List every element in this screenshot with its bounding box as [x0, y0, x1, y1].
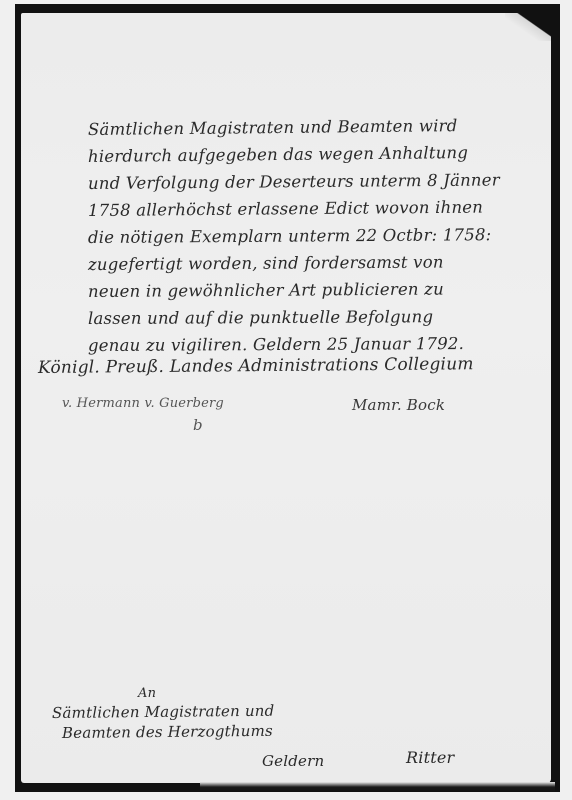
body-line-2: hierdurch aufgegeben das wegen Anhaltung [88, 143, 468, 166]
body-line-6: zugefertigt worden, sind fordersamst von [88, 253, 444, 274]
body-line-8: lassen und auf die punktuelle Befolgung [88, 307, 433, 328]
torn-corner [505, 13, 551, 41]
bottom-edge-shadow [200, 782, 555, 792]
address-line-2: Beamten des Herzogthums [62, 722, 273, 742]
signature-left: v. Hermann v. Guerberg [62, 396, 224, 411]
signature-left-mark: b [193, 416, 203, 434]
document-scan: Sämtlichen Magistraten und Beamten wird … [0, 0, 572, 800]
body-line-3: und Verfolgung der Deserteurs unterm 8 J… [88, 170, 500, 193]
address-line-1: Sämtlichen Magistraten und [52, 702, 275, 722]
address-place: Geldern [262, 752, 324, 770]
body-line-5: die nötigen Exemplarn unterm 22 Octbr: 1… [88, 225, 492, 247]
body-line-1: Sämtlichen Magistraten und Beamten wird [88, 116, 458, 139]
signature-right: Mamr. Bock [352, 396, 445, 414]
address-prefix: An [138, 686, 156, 701]
issuer-line: Königl. Preuß. Landes Administrations Co… [38, 354, 474, 378]
body-line-9: genau zu vigiliren. Geldern 25 Januar 17… [88, 334, 464, 355]
body-line-4: 1758 allerhöchst erlassene Edict wovon i… [88, 198, 483, 220]
address-countersign: Ritter [406, 748, 454, 767]
body-line-7: neuen in gewöhnlicher Art publicieren zu [88, 280, 444, 301]
